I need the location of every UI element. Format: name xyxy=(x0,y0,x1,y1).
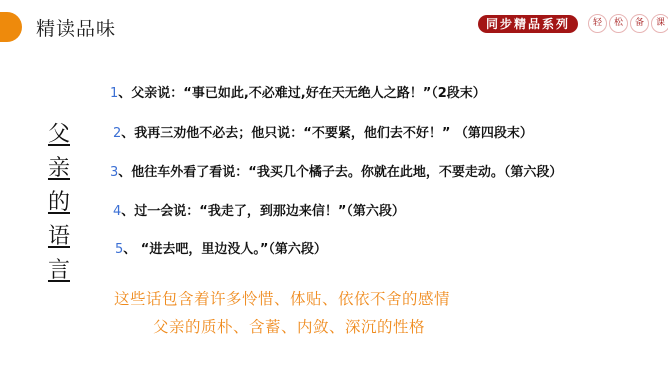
seal-char: 备 xyxy=(630,14,649,33)
header-accent-tab xyxy=(0,12,22,42)
slide-title: 精读品味 xyxy=(36,14,116,41)
seal-char: 课 xyxy=(651,14,668,33)
vertical-title-char: 父 xyxy=(47,118,71,152)
seal-char: 松 xyxy=(609,14,628,33)
vertical-title-char: 的 xyxy=(47,186,71,220)
quote-text: 、父亲说：“事已如此,不必难过,好在天无绝人之路！”（2段末） xyxy=(118,86,486,101)
quote-item: 3、他往车外看了看说：“我买几个橘子去。你就在此地，不要走动。（第六段） xyxy=(110,161,562,180)
quote-item: 1、父亲说：“事已如此,不必难过,好在天无绝人之路！”（2段末） xyxy=(110,82,486,101)
vertical-title-char: 语 xyxy=(47,220,71,254)
seal-char: 轻 xyxy=(588,14,607,33)
vertical-section-title: 父 亲 的 语 言 xyxy=(47,118,71,288)
quote-text: 、我再三劝他不必去；他只说：“不要紧，他们去不好！” （第四段末） xyxy=(121,126,533,141)
series-badge: 同步精品系列 xyxy=(478,15,578,33)
vertical-title-char: 言 xyxy=(47,254,71,288)
quote-item: 5、 “进去吧，里边没人。”（第六段） xyxy=(115,238,327,257)
quote-text: 、 “进去吧，里边没人。”（第六段） xyxy=(123,242,327,257)
quote-text: 、他往车外看了看说：“我买几个橘子去。你就在此地，不要走动。（第六段） xyxy=(118,165,562,180)
quote-item: 2、我再三劝他不必去；他只说：“不要紧，他们去不好！” （第四段末） xyxy=(113,122,533,141)
vertical-title-char: 亲 xyxy=(47,152,71,186)
seal-group: 轻 松 备 课 xyxy=(588,14,668,33)
summary-line-1: 这些话包含着许多怜惜、体贴、依依不舍的感情 xyxy=(114,287,450,309)
quote-item: 4、过一会说：“我走了，到那边来信！”（第六段） xyxy=(113,200,405,219)
summary-line-2: 父亲的质朴、含蓄、内敛、深沉的性格 xyxy=(153,315,425,337)
quote-text: 、过一会说：“我走了，到那边来信！”（第六段） xyxy=(121,204,405,219)
